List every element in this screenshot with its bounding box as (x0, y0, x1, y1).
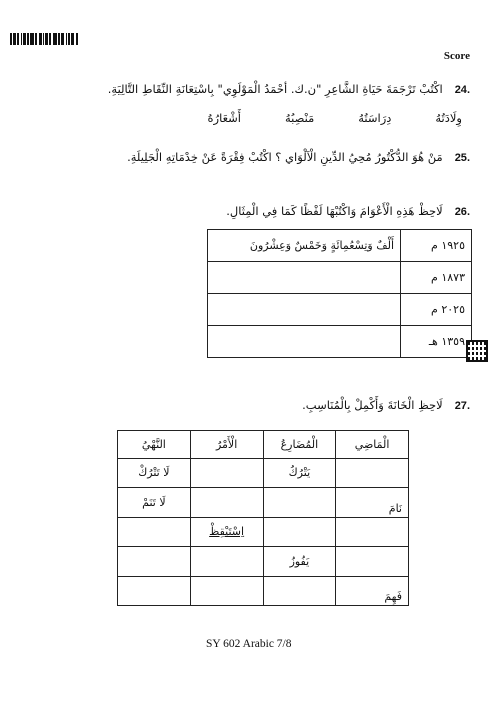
verbs-table: الْمَاضِي الْمُضَارِعُ الْأَمْرُ النَّهْ… (117, 430, 409, 606)
question-text: اكْتُبْ تَرْجَمَةَ حَيَاةِ الشَّاعِرِ "ن… (108, 82, 443, 96)
cell: لَا تَنَمْ (118, 488, 191, 518)
answer-cell[interactable] (208, 294, 401, 326)
point-item: وِلَادَتُهُ (435, 111, 462, 125)
header-imperative: الْأَمْرُ (190, 431, 263, 459)
question-text: لَاحِظْ هَذِهِ الْأَعْوَامَ وَاكْتُبْهَا… (226, 204, 442, 218)
point-item: دِرَاسَتُهُ (358, 111, 391, 125)
answer-cell[interactable] (208, 262, 401, 294)
table-header-row: الْمَاضِي الْمُضَارِعُ الْأَمْرُ النَّهْ… (118, 431, 409, 459)
table-row: اِسْتَيْقِظْ (118, 517, 409, 547)
table-row: يَفُوزُ (118, 547, 409, 577)
question-text: لَاحِظِ الْخَانَةَ وَأَكْمِلْ بِالْمُنَا… (302, 398, 443, 412)
answer-cell[interactable] (208, 326, 401, 358)
question-27: .27لَاحِظِ الْخَانَةَ وَأَكْمِلْ بِالْمُ… (302, 398, 470, 412)
cell[interactable] (190, 576, 263, 606)
barcode (10, 33, 86, 45)
page-footer: SY 602 Arabic 7/8 (206, 638, 292, 650)
cell[interactable] (336, 517, 409, 547)
cell[interactable] (118, 547, 191, 577)
table-row: ١٩٢٥ م أَلْفٌ وَتِسْعُمِائَةٍ وَخَمْسٌ و… (208, 230, 472, 262)
words-cell: أَلْفٌ وَتِسْعُمِائَةٍ وَخَمْسٌ وَعِشْرُ… (208, 230, 401, 262)
cell[interactable] (118, 517, 191, 547)
header-past: الْمَاضِي (336, 431, 409, 459)
table-row: نَامَ لَا تَنَمْ (118, 488, 409, 518)
cell: نَامَ (336, 488, 409, 518)
year-cell: ١٩٢٥ م (401, 230, 472, 262)
cell: اِسْتَيْقِظْ (190, 517, 263, 547)
point-item: مَنْصِبُهُ (285, 111, 314, 125)
year-cell: ١٣٥٩ هـ (401, 326, 472, 358)
cell[interactable] (263, 517, 336, 547)
point-item: أَشْعَارُهُ (208, 111, 241, 125)
year-cell: ١٨٧٣ م (401, 262, 472, 294)
cell: يَتْرُكُ (263, 458, 336, 488)
table-row: ١٨٧٣ م (208, 262, 472, 294)
cell: يَفُوزُ (263, 547, 336, 577)
cell[interactable] (190, 547, 263, 577)
qr-code (466, 340, 488, 362)
question-text: مَنْ هُوَ الدُّكْتُورُ مُحِيُ الدِّينِ ا… (127, 150, 443, 164)
cell[interactable] (190, 488, 263, 518)
cell[interactable] (336, 547, 409, 577)
question-24-points: وِلَادَتُهُ دِرَاسَتُهُ مَنْصِبُهُ أَشْع… (208, 111, 462, 125)
table-row: يَتْرُكُ لَا تَتْرُكْ (118, 458, 409, 488)
year-cell: ٢٠٢٥ م (401, 294, 472, 326)
cell: فَهِمَ (336, 576, 409, 606)
cell[interactable] (336, 458, 409, 488)
header-prohibition: النَّهْيُ (118, 431, 191, 459)
question-number: .25 (455, 152, 470, 164)
years-table: ١٩٢٥ م أَلْفٌ وَتِسْعُمِائَةٍ وَخَمْسٌ و… (207, 229, 472, 358)
score-label: Score (444, 50, 470, 62)
question-number: .27 (455, 400, 470, 412)
question-number: .24 (455, 84, 470, 96)
cell[interactable] (190, 458, 263, 488)
cell[interactable] (118, 576, 191, 606)
question-26: .26لَاحِظْ هَذِهِ الْأَعْوَامَ وَاكْتُبْ… (226, 204, 470, 218)
question-24: .24اكْتُبْ تَرْجَمَةَ حَيَاةِ الشَّاعِرِ… (108, 82, 470, 96)
cell[interactable] (263, 488, 336, 518)
cell: لَا تَتْرُكْ (118, 458, 191, 488)
table-row: ٢٠٢٥ م (208, 294, 472, 326)
question-number: .26 (455, 206, 470, 218)
table-row: فَهِمَ (118, 576, 409, 606)
table-row: ١٣٥٩ هـ (208, 326, 472, 358)
question-25: .25مَنْ هُوَ الدُّكْتُورُ مُحِيُ الدِّين… (127, 150, 470, 164)
cell[interactable] (263, 576, 336, 606)
header-present: الْمُضَارِعُ (263, 431, 336, 459)
